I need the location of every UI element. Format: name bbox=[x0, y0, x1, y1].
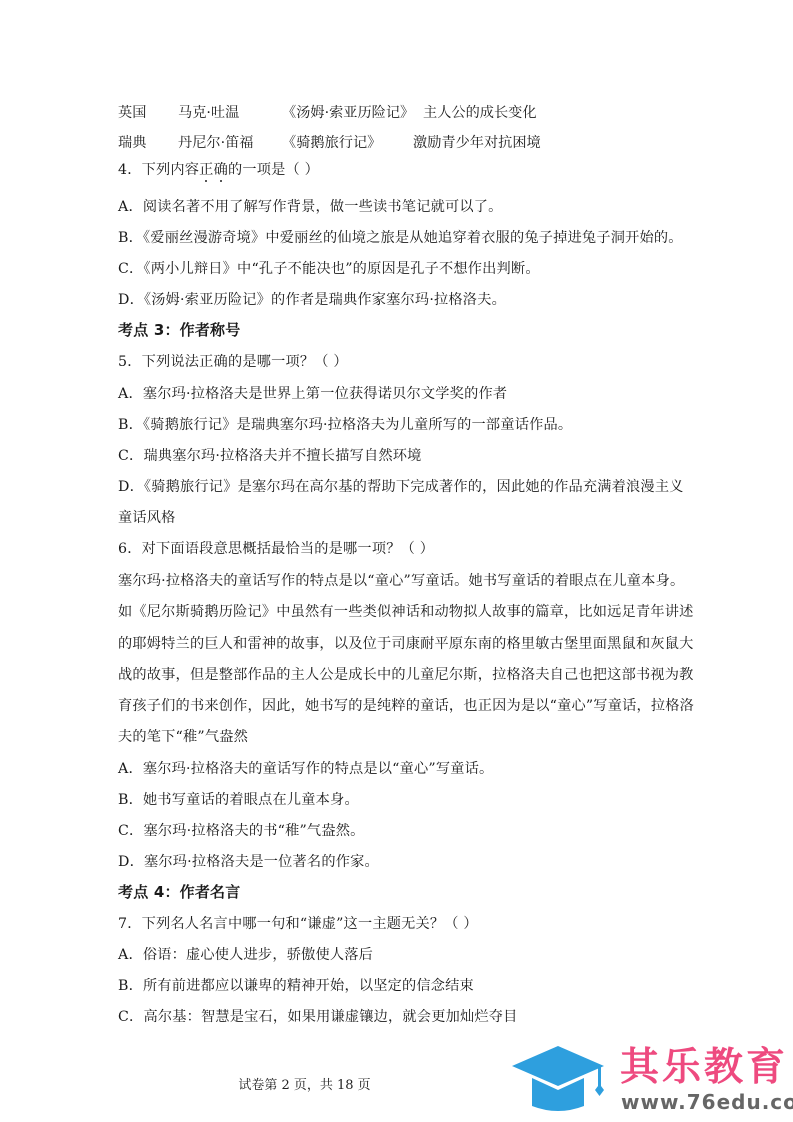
passage-line: 夫的笔下“稚”气盎然 bbox=[118, 727, 248, 747]
author-cell: 马克·吐温 bbox=[178, 103, 239, 123]
question-5-option-d-cont: 童话风格 bbox=[118, 508, 176, 528]
question-4-option-a: A．阅读名著不用了解写作背景，做一些读书笔记就可以了。 bbox=[118, 197, 503, 217]
passage-line: 育孩子们的书来创作，因此，她书写的是纯粹的童话，也正因为是以“童心”写童话，拉格… bbox=[118, 696, 694, 716]
question-5-option-d: D．《骑鹅旅行记》是塞尔玛在高尔基的帮助下完成著作的，因此她的作品充满着浪漫主义 bbox=[118, 477, 684, 497]
question-5-option-c: C．瑞典塞尔玛·拉格洛夫并不擅长描写自然环境 bbox=[118, 446, 422, 466]
question-7-option-c: C．高尔基：智慧是宝石，如果用谦虚镶边，就会更加灿烂夺目 bbox=[118, 1007, 518, 1027]
page-number: 试卷第 2 页，共 18 页 bbox=[238, 1078, 370, 1093]
emphasis-char: 确 bbox=[214, 162, 228, 178]
question-7-option-b: B．所有前进都应以谦卑的精神开始，以坚定的信念结束 bbox=[118, 976, 474, 996]
question-4-stem: 4．下列内容正确的一项是（ ） bbox=[118, 160, 319, 180]
section-heading: 考点 3：作者称号 bbox=[118, 320, 240, 340]
passage-line: 塞尔玛·拉格洛夫的童话写作的特点是以“童心”写童话。她书写童话的着眼点在儿童本身… bbox=[118, 571, 684, 591]
question-6-option-c: C．塞尔玛·拉格洛夫的书“稚”气盎然。 bbox=[118, 821, 365, 841]
question-5-option-b: B．《骑鹅旅行记》是瑞典塞尔玛·拉格洛夫为儿童所写的一部童话作品。 bbox=[118, 415, 572, 435]
emphasis-char: 正 bbox=[199, 162, 213, 178]
question-4-option-c: C．《两小儿辩日》中“孔子不能决也”的原因是孔子不想作出判断。 bbox=[118, 259, 540, 279]
work-cell: 《汤姆·索亚历险记》 bbox=[282, 103, 414, 123]
author-cell: 丹尼尔·笛福 bbox=[178, 133, 253, 153]
stem-text: 4．下列内容 bbox=[118, 162, 199, 178]
document-page: 英国 马克·吐温 《汤姆·索亚历险记》 主人公的成长变化 瑞典 丹尼尔·笛福 《… bbox=[0, 0, 793, 1122]
theme-cell: 激励青少年对抗困境 bbox=[413, 133, 541, 153]
watermark-title: 其乐教育 bbox=[620, 1036, 788, 1092]
watermark-logo: 其乐教育 www.76edu.com bbox=[510, 1040, 790, 1118]
question-6-stem: 6．对下面语段意思概括最恰当的是哪一项？（ ） bbox=[118, 539, 434, 559]
question-6-option-a: A．塞尔玛·拉格洛夫的童话写作的特点是以“童心”写童话。 bbox=[118, 759, 493, 779]
graduation-cap-icon bbox=[510, 1044, 610, 1116]
watermark-url: www.76edu.com bbox=[621, 1090, 793, 1114]
question-4-option-d: D．《汤姆·索亚历险记》的作者是瑞典作家塞尔玛·拉格洛夫。 bbox=[118, 290, 506, 310]
passage-line: 如《尼尔斯骑鹅历险记》中虽然有一些类似神话和动物拟人故事的篇章，比如远足青年讲述 bbox=[118, 602, 694, 622]
section-heading: 考点 4：作者名言 bbox=[118, 882, 240, 902]
passage-line: 的耶姆特兰的巨人和雷神的故事，以及位于司康耐平原东南的格里敏古堡里面黑鼠和灰鼠大 bbox=[118, 634, 694, 654]
question-6-option-d: D．塞尔玛·拉格洛夫是一位著名的作家。 bbox=[118, 852, 379, 872]
stem-text: 的一项是（ ） bbox=[228, 162, 319, 178]
question-6-option-b: B．她书写童话的着眼点在儿童本身。 bbox=[118, 790, 359, 810]
question-4-option-b: B．《爱丽丝漫游奇境》中爱丽丝的仙境之旅是从她追穿着衣服的兔子掉进兔子洞开始的。 bbox=[118, 228, 683, 248]
work-cell: 《骑鹅旅行记》 bbox=[282, 133, 381, 153]
question-5-option-a: A．塞尔玛·拉格洛夫是世界上第一位获得诺贝尔文学奖的作者 bbox=[118, 384, 507, 404]
country-cell: 瑞典 bbox=[118, 133, 146, 153]
country-cell: 英国 bbox=[118, 103, 146, 123]
question-7-option-a: A．俗语：虚心使人进步，骄傲使人落后 bbox=[118, 945, 373, 965]
theme-cell: 主人公的成长变化 bbox=[423, 103, 537, 123]
question-5-stem: 5．下列说法正确的是哪一项？（ ） bbox=[118, 352, 348, 372]
passage-line: 战的故事，但是整部作品的主人公是成长中的儿童尼尔斯，拉格洛夫自己也把这部书视为教 bbox=[118, 665, 694, 685]
question-7-stem: 7．下列名人名言中哪一句和“谦虚”这一主题无关？（ ） bbox=[118, 914, 478, 934]
